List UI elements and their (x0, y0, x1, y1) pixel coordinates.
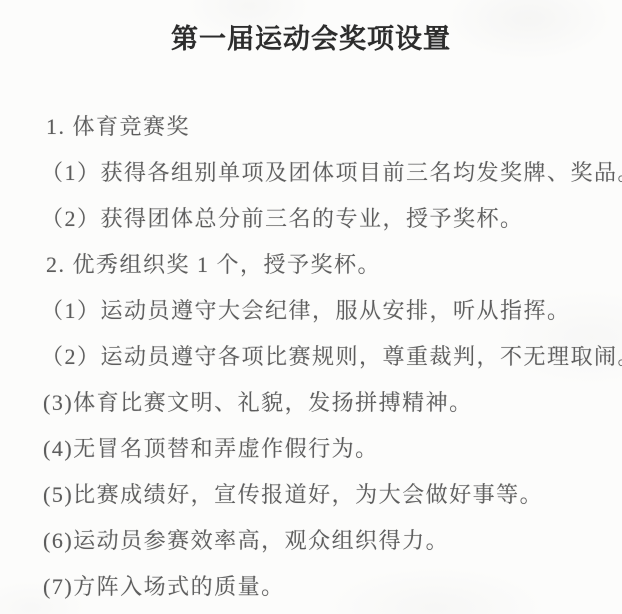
document-page: 第一届运动会奖项设置 1. 体育竞赛奖 （1）获得各组别单项及团体项目前三名均发… (0, 0, 622, 610)
list-item-2-6: (6)运动员参赛效率高，观众组织得力。 (0, 518, 622, 564)
list-item-section-2: 2. 优秀组织奖 1 个，授予奖杯。 (0, 242, 622, 288)
list-item-section-1: 1. 体育竞赛奖 (0, 104, 622, 150)
list-item-2-3: (3)体育比赛文明、礼貌，发扬拼搏精神。 (0, 380, 622, 426)
award-list: 1. 体育竞赛奖 （1）获得各组别单项及团体项目前三名均发奖牌、奖品。 （2）获… (0, 104, 622, 610)
list-item-1-1: （1）获得各组别单项及团体项目前三名均发奖牌、奖品。 (0, 150, 622, 196)
list-item-2-4: (4)无冒名顶替和弄虚作假行为。 (0, 426, 622, 472)
list-item-2-1: （1）运动员遵守大会纪律，服从安排，听从指挥。 (0, 288, 622, 334)
list-item-1-2: （2）获得团体总分前三名的专业，授予奖杯。 (0, 196, 622, 242)
list-item-2-5: (5)比赛成绩好，宣传报道好，为大会做好事等。 (0, 472, 622, 518)
list-item-2-7: (7)方阵入场式的质量。 (0, 564, 622, 610)
list-item-2-2: （2）运动员遵守各项比赛规则，尊重裁判，不无理取闹。 (0, 334, 622, 380)
document-title: 第一届运动会奖项设置 (0, 0, 622, 56)
